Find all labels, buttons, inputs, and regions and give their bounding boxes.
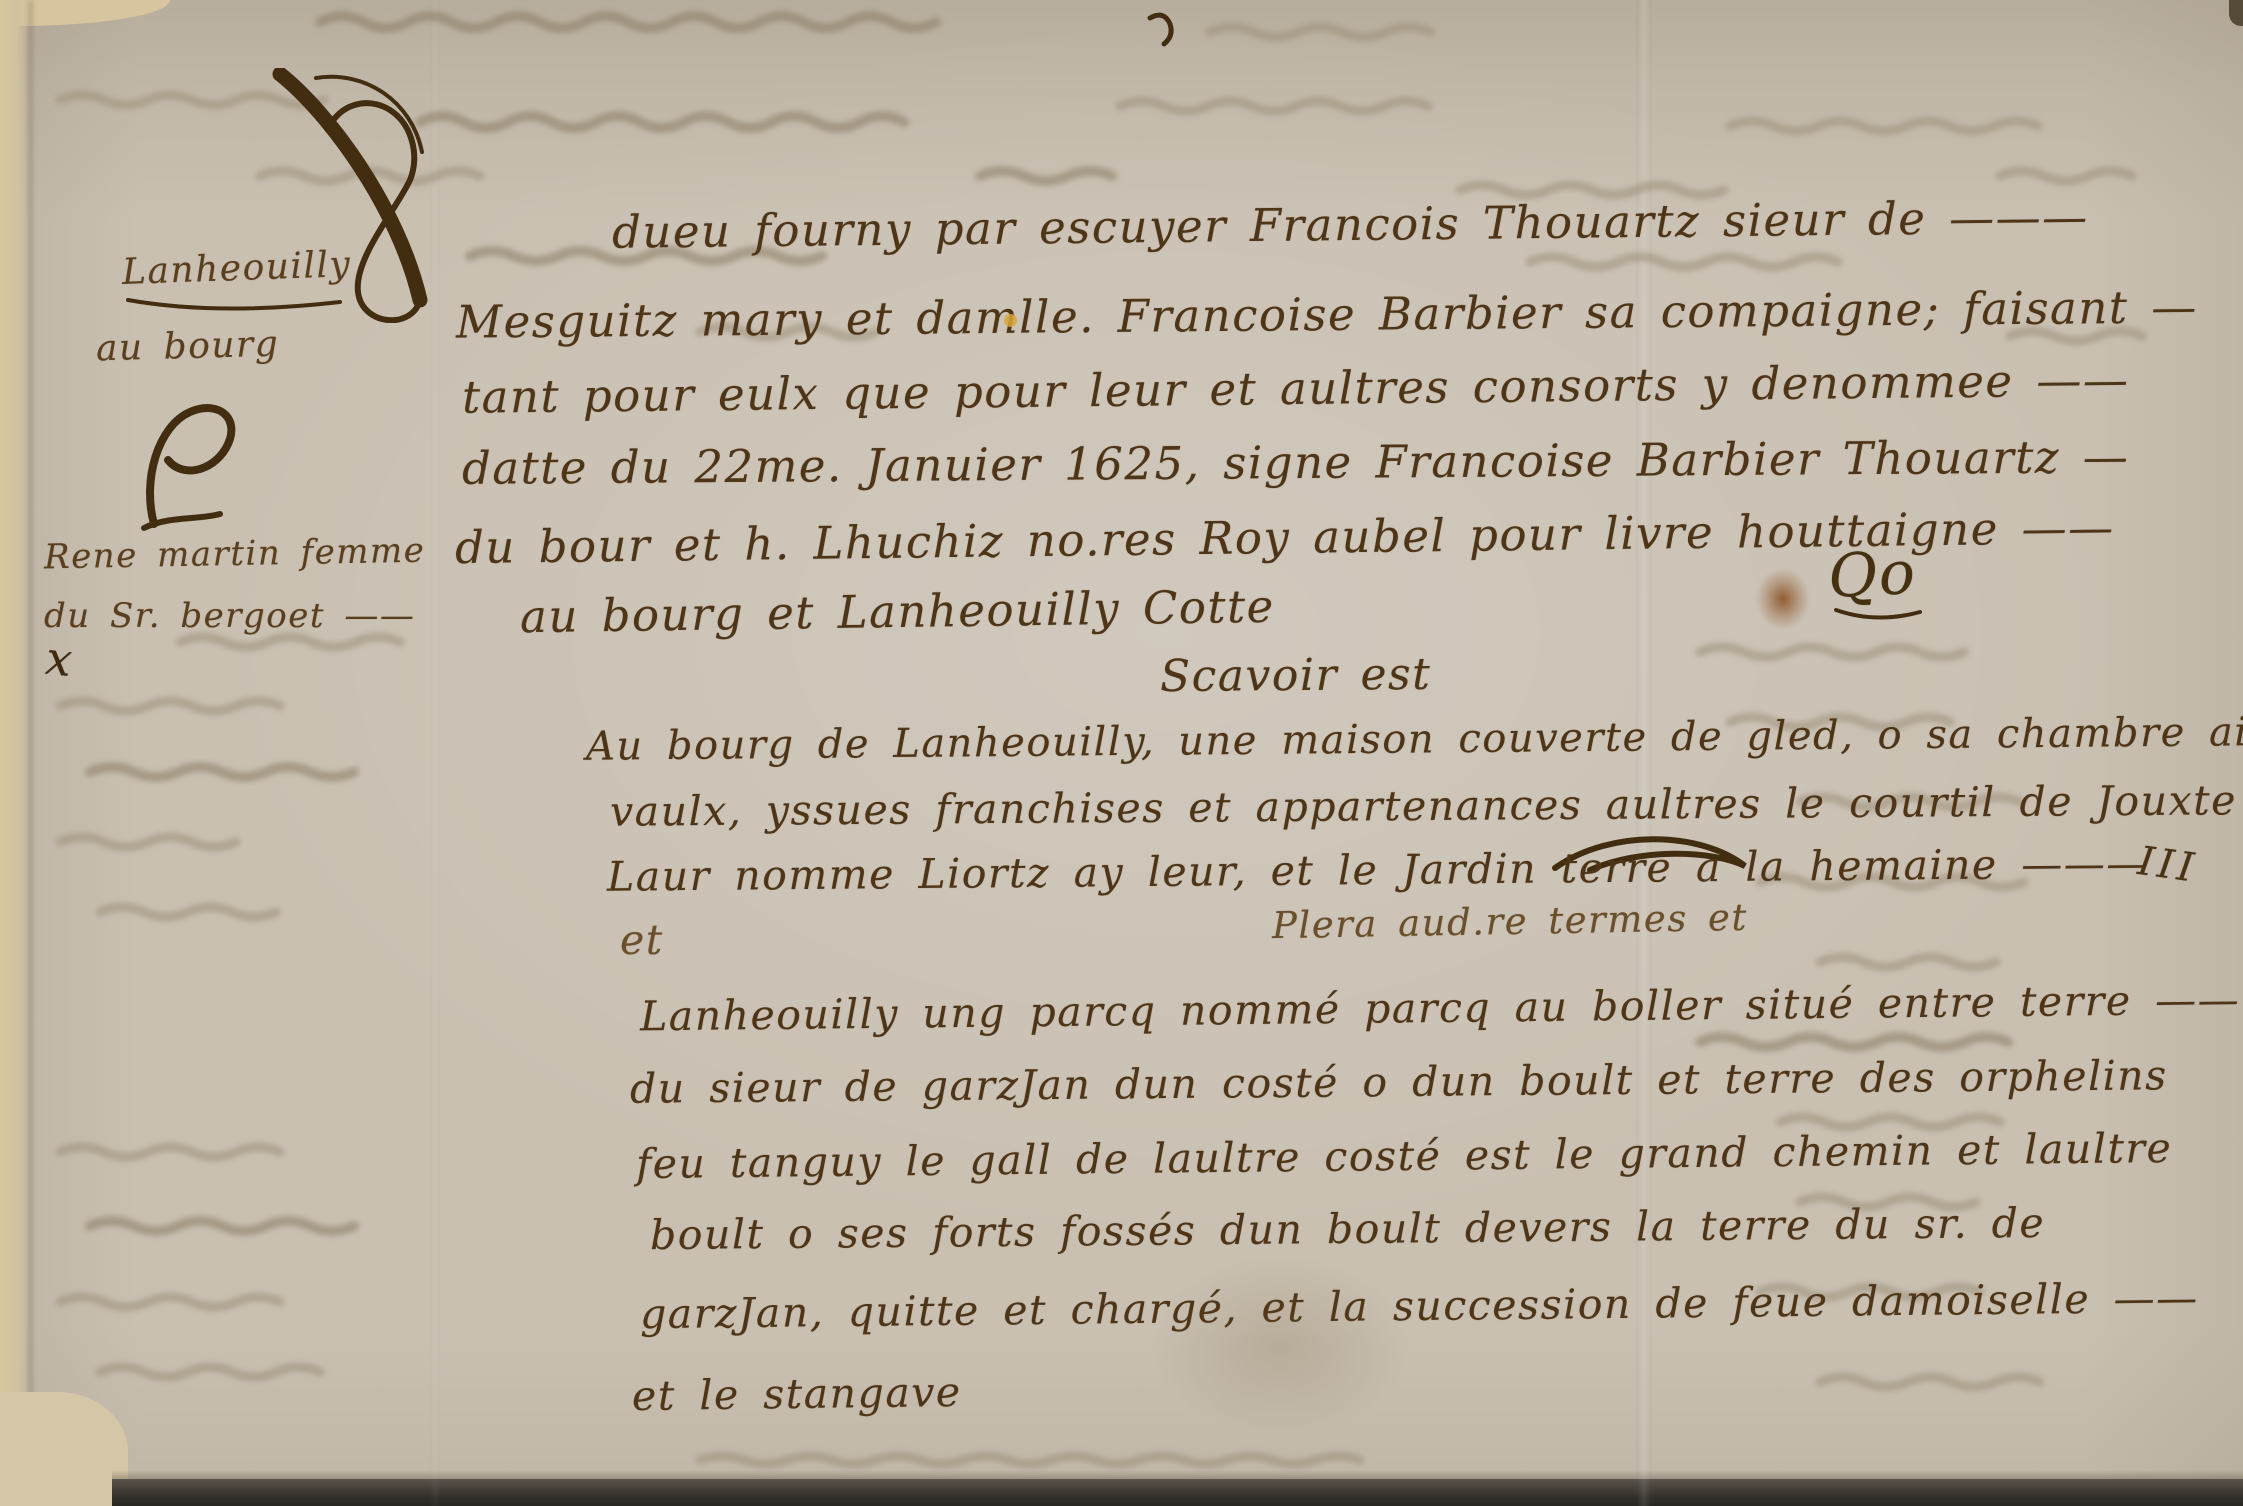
section-heading: Scavoir est	[1160, 649, 1432, 702]
margin-note-place-line1: Lanheouilly	[121, 244, 352, 293]
manuscript-scan: Lanheouilly au bourg Rene martin femme d…	[0, 0, 2243, 1506]
body-para1-line6: au bourg et Lanheouilly Cotte	[520, 580, 1275, 644]
wax-speck	[1004, 314, 1017, 327]
body-para3-line6: et le stangave	[632, 1368, 962, 1420]
rust-stain	[1756, 568, 1810, 630]
paper-edge-left	[0, 0, 30, 1506]
margin-cross-mark: x	[43, 631, 76, 688]
interline-word-left: et	[620, 916, 664, 964]
ink-smudge	[1150, 1255, 1410, 1435]
interline-phrase-right: Plera aud.re termes et	[1272, 896, 1748, 947]
right-flourish-mark: Qo	[1826, 538, 1918, 613]
margin-note-place-line2: au bourg	[95, 324, 279, 370]
paper-edge-left-shadow	[28, 0, 33, 1506]
fold-crease-left	[430, 0, 440, 1506]
margin-note-party-line2: du Sr. bergoet ——	[44, 596, 415, 636]
margin-tally-marks: III	[2135, 838, 2200, 892]
margin-note-party-line1: Rene martin femme	[44, 531, 426, 578]
